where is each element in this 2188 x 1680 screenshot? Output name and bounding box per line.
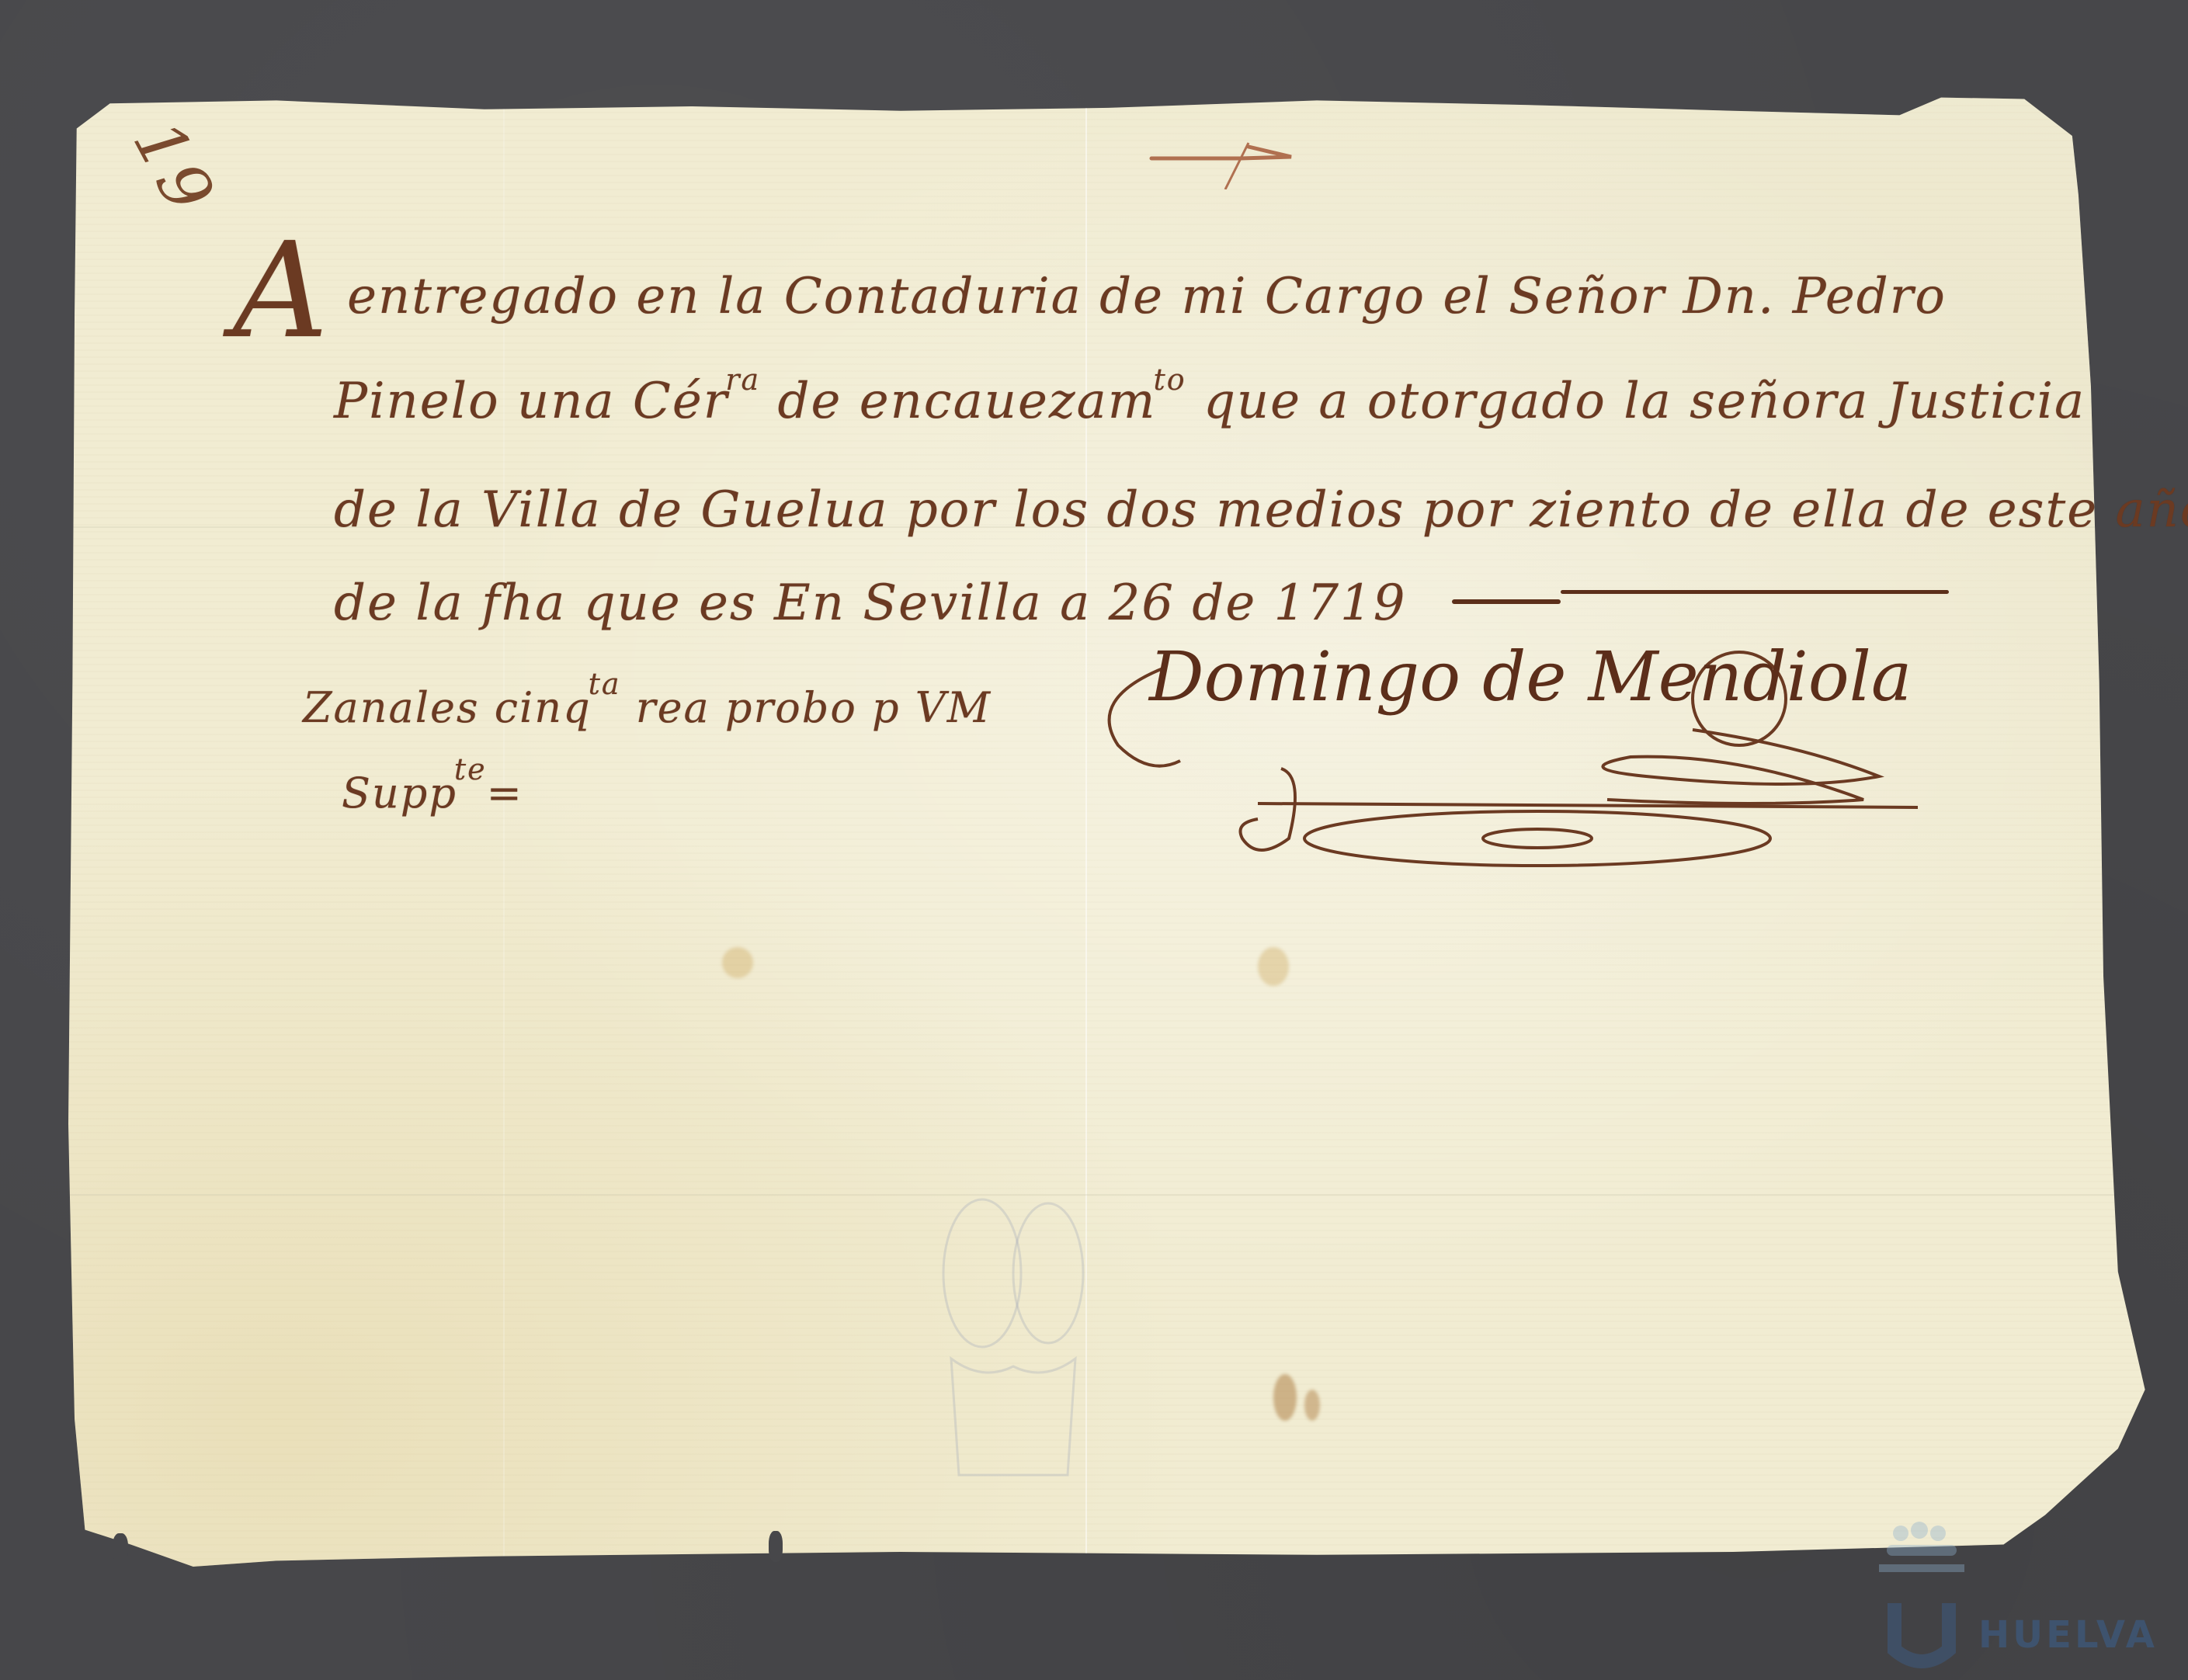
line-text: Zanales cinq [303,683,592,732]
line-text: = [487,769,523,817]
decorative-initial: A [233,214,330,368]
foxing-stain [1258,947,1289,986]
paper-hole [113,1533,128,1564]
line-text: entregado en la Contaduria de mi Cargo e… [347,268,1947,325]
ink-spot-stain [1304,1390,1320,1421]
note-line-2: Suppte= [342,769,523,817]
line-text: rea probo p VM [636,683,992,732]
manuscript-line-2: Pinelo una Cérra de encauezamto que a ot… [334,373,2086,430]
paper-fold-horizontal [68,1194,2149,1196]
manuscript-line-1: A entregado en la Contaduria de mi Cargo… [233,225,1947,357]
superscript-abbrev: ta [589,667,621,701]
signature: Domingo de Mendiola [1149,637,1912,717]
ink-spot-stain [1273,1374,1297,1421]
manuscript-line-3: de la Villa de Guelua por los dos medios… [334,481,2188,539]
line-text: Supp [342,769,457,817]
superscript-abbrev: te [454,752,487,786]
line-text: de encauezam [778,373,1157,430]
paper-watermark [936,1188,1091,1483]
line-text: que a otorgado la señora Justicia [1203,373,2086,430]
foxing-stain [722,947,753,978]
top-rubric-mark [1148,135,1295,189]
archive-watermark-label: HUELVA [1978,1613,2158,1657]
line-filler-stroke [1561,590,1949,594]
note-line-1: Zanales cinqta rea probo p VM [303,683,992,732]
line-text: Pinelo una Cér [334,373,728,430]
superscript-abbrev: to [1153,363,1186,397]
line-filler-stroke [1452,599,1561,604]
superscript-abbrev: ra [725,363,760,397]
paper-hole [769,1531,783,1562]
